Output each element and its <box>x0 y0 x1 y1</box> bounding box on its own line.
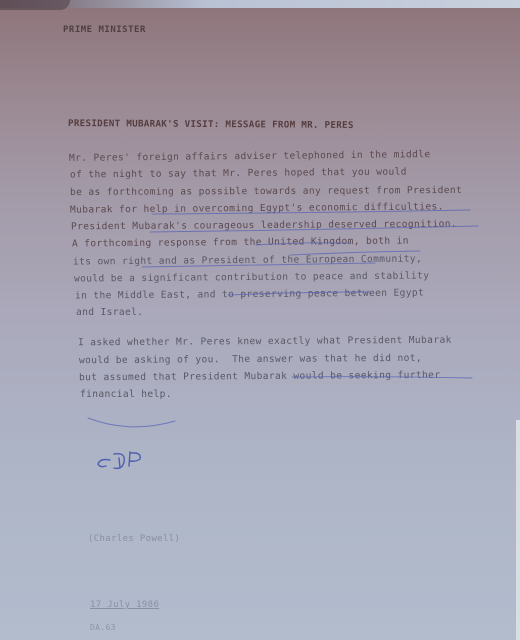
typed-memo: PRIME MINISTER PRESIDENT MUBARAK'S VISIT… <box>0 0 520 640</box>
signatory-name: (Charles Powell) <box>88 533 180 545</box>
reference-code: DA.63 <box>90 622 116 634</box>
pen-underlines <box>0 0 520 640</box>
memo-date: 17 July 1986 <box>90 599 159 611</box>
signature-initials-cdp <box>92 444 172 484</box>
